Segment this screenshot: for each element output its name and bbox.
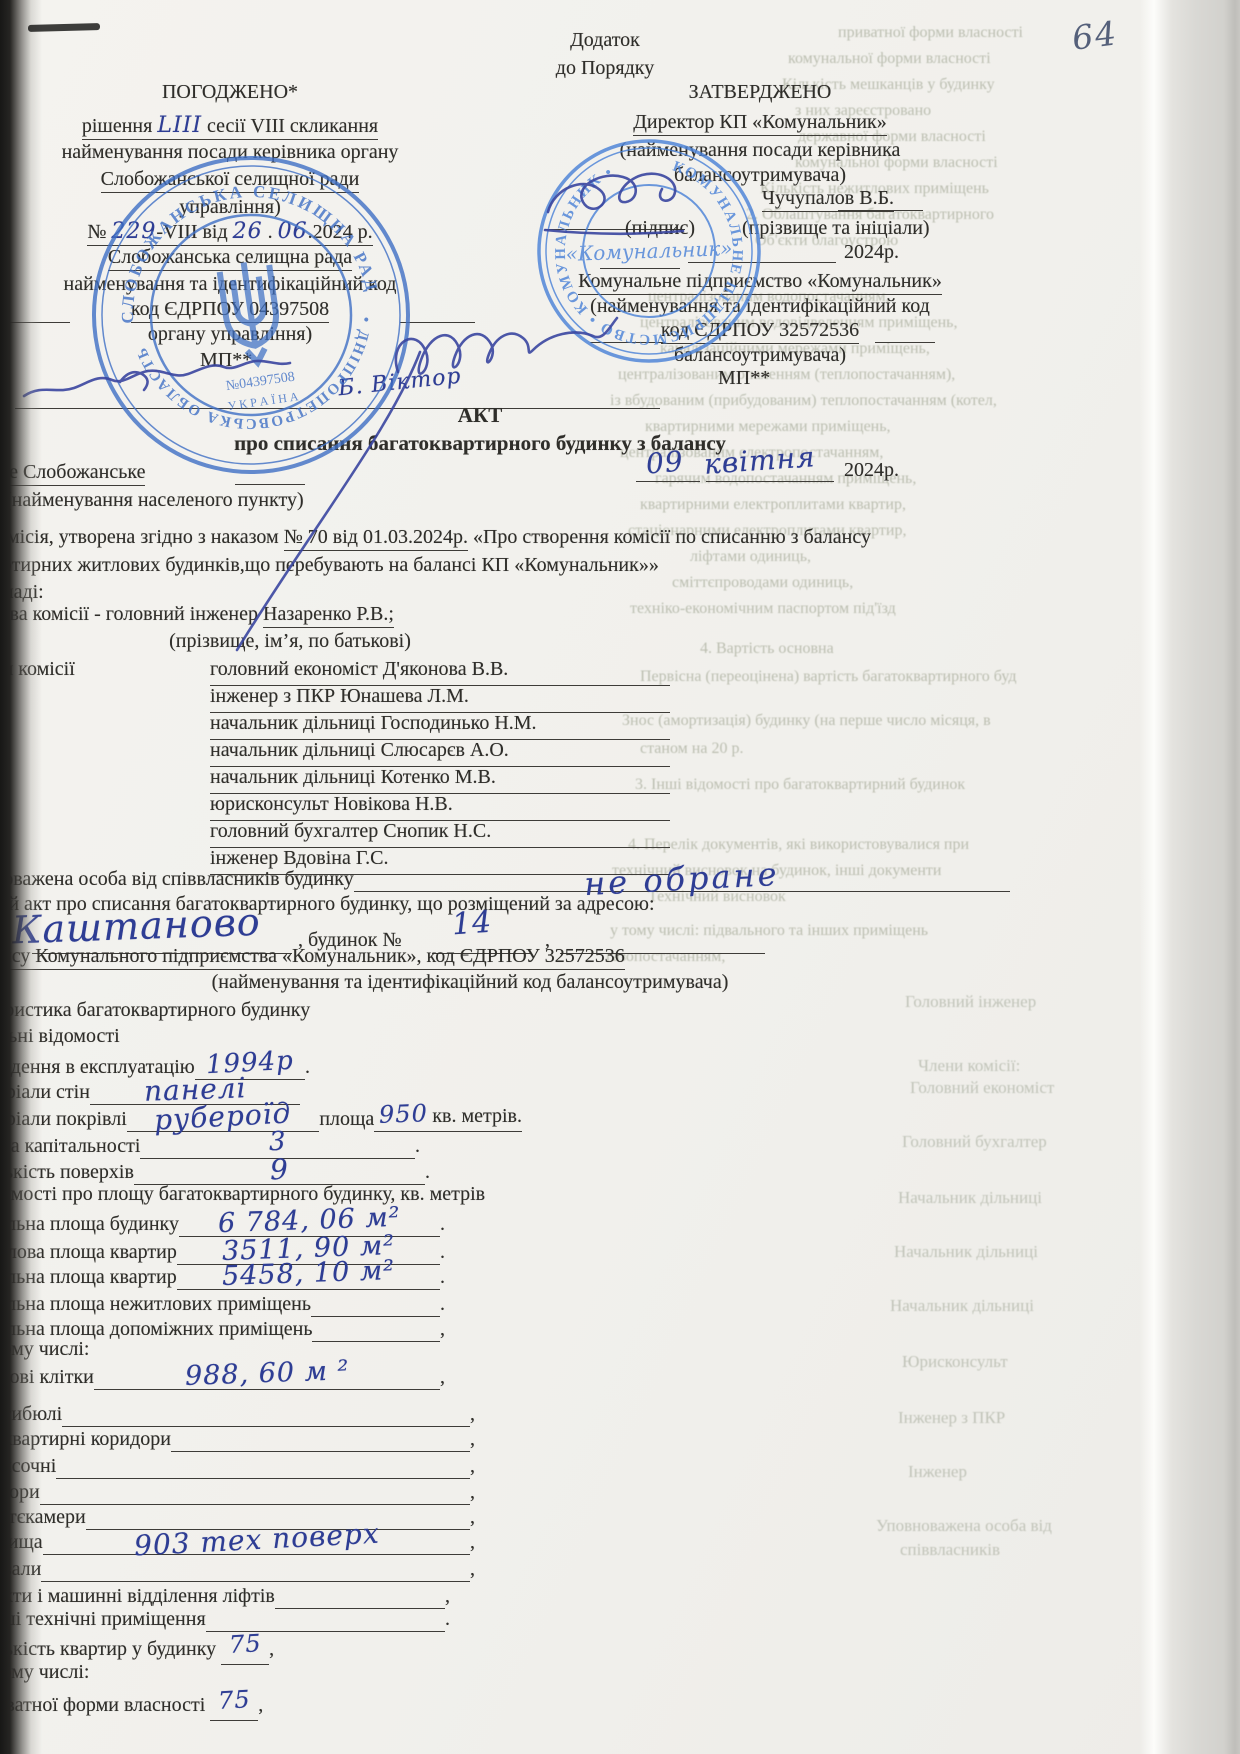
signature-director [548, 174, 675, 212]
book-spine-shadow [0, 0, 42, 1754]
scanned-document-page: приватної форми власності комунальної фо… [0, 0, 1240, 1754]
signatures-overlay [0, 0, 1240, 1754]
signature-agreed-big [396, 318, 617, 374]
page-curl-edge [1140, 0, 1240, 1754]
handwritten-page-number: 64 [1070, 13, 1120, 57]
signature-tail-stroke [237, 352, 420, 650]
signature-director-underline [545, 230, 683, 234]
signature-scribble-left [24, 361, 290, 396]
